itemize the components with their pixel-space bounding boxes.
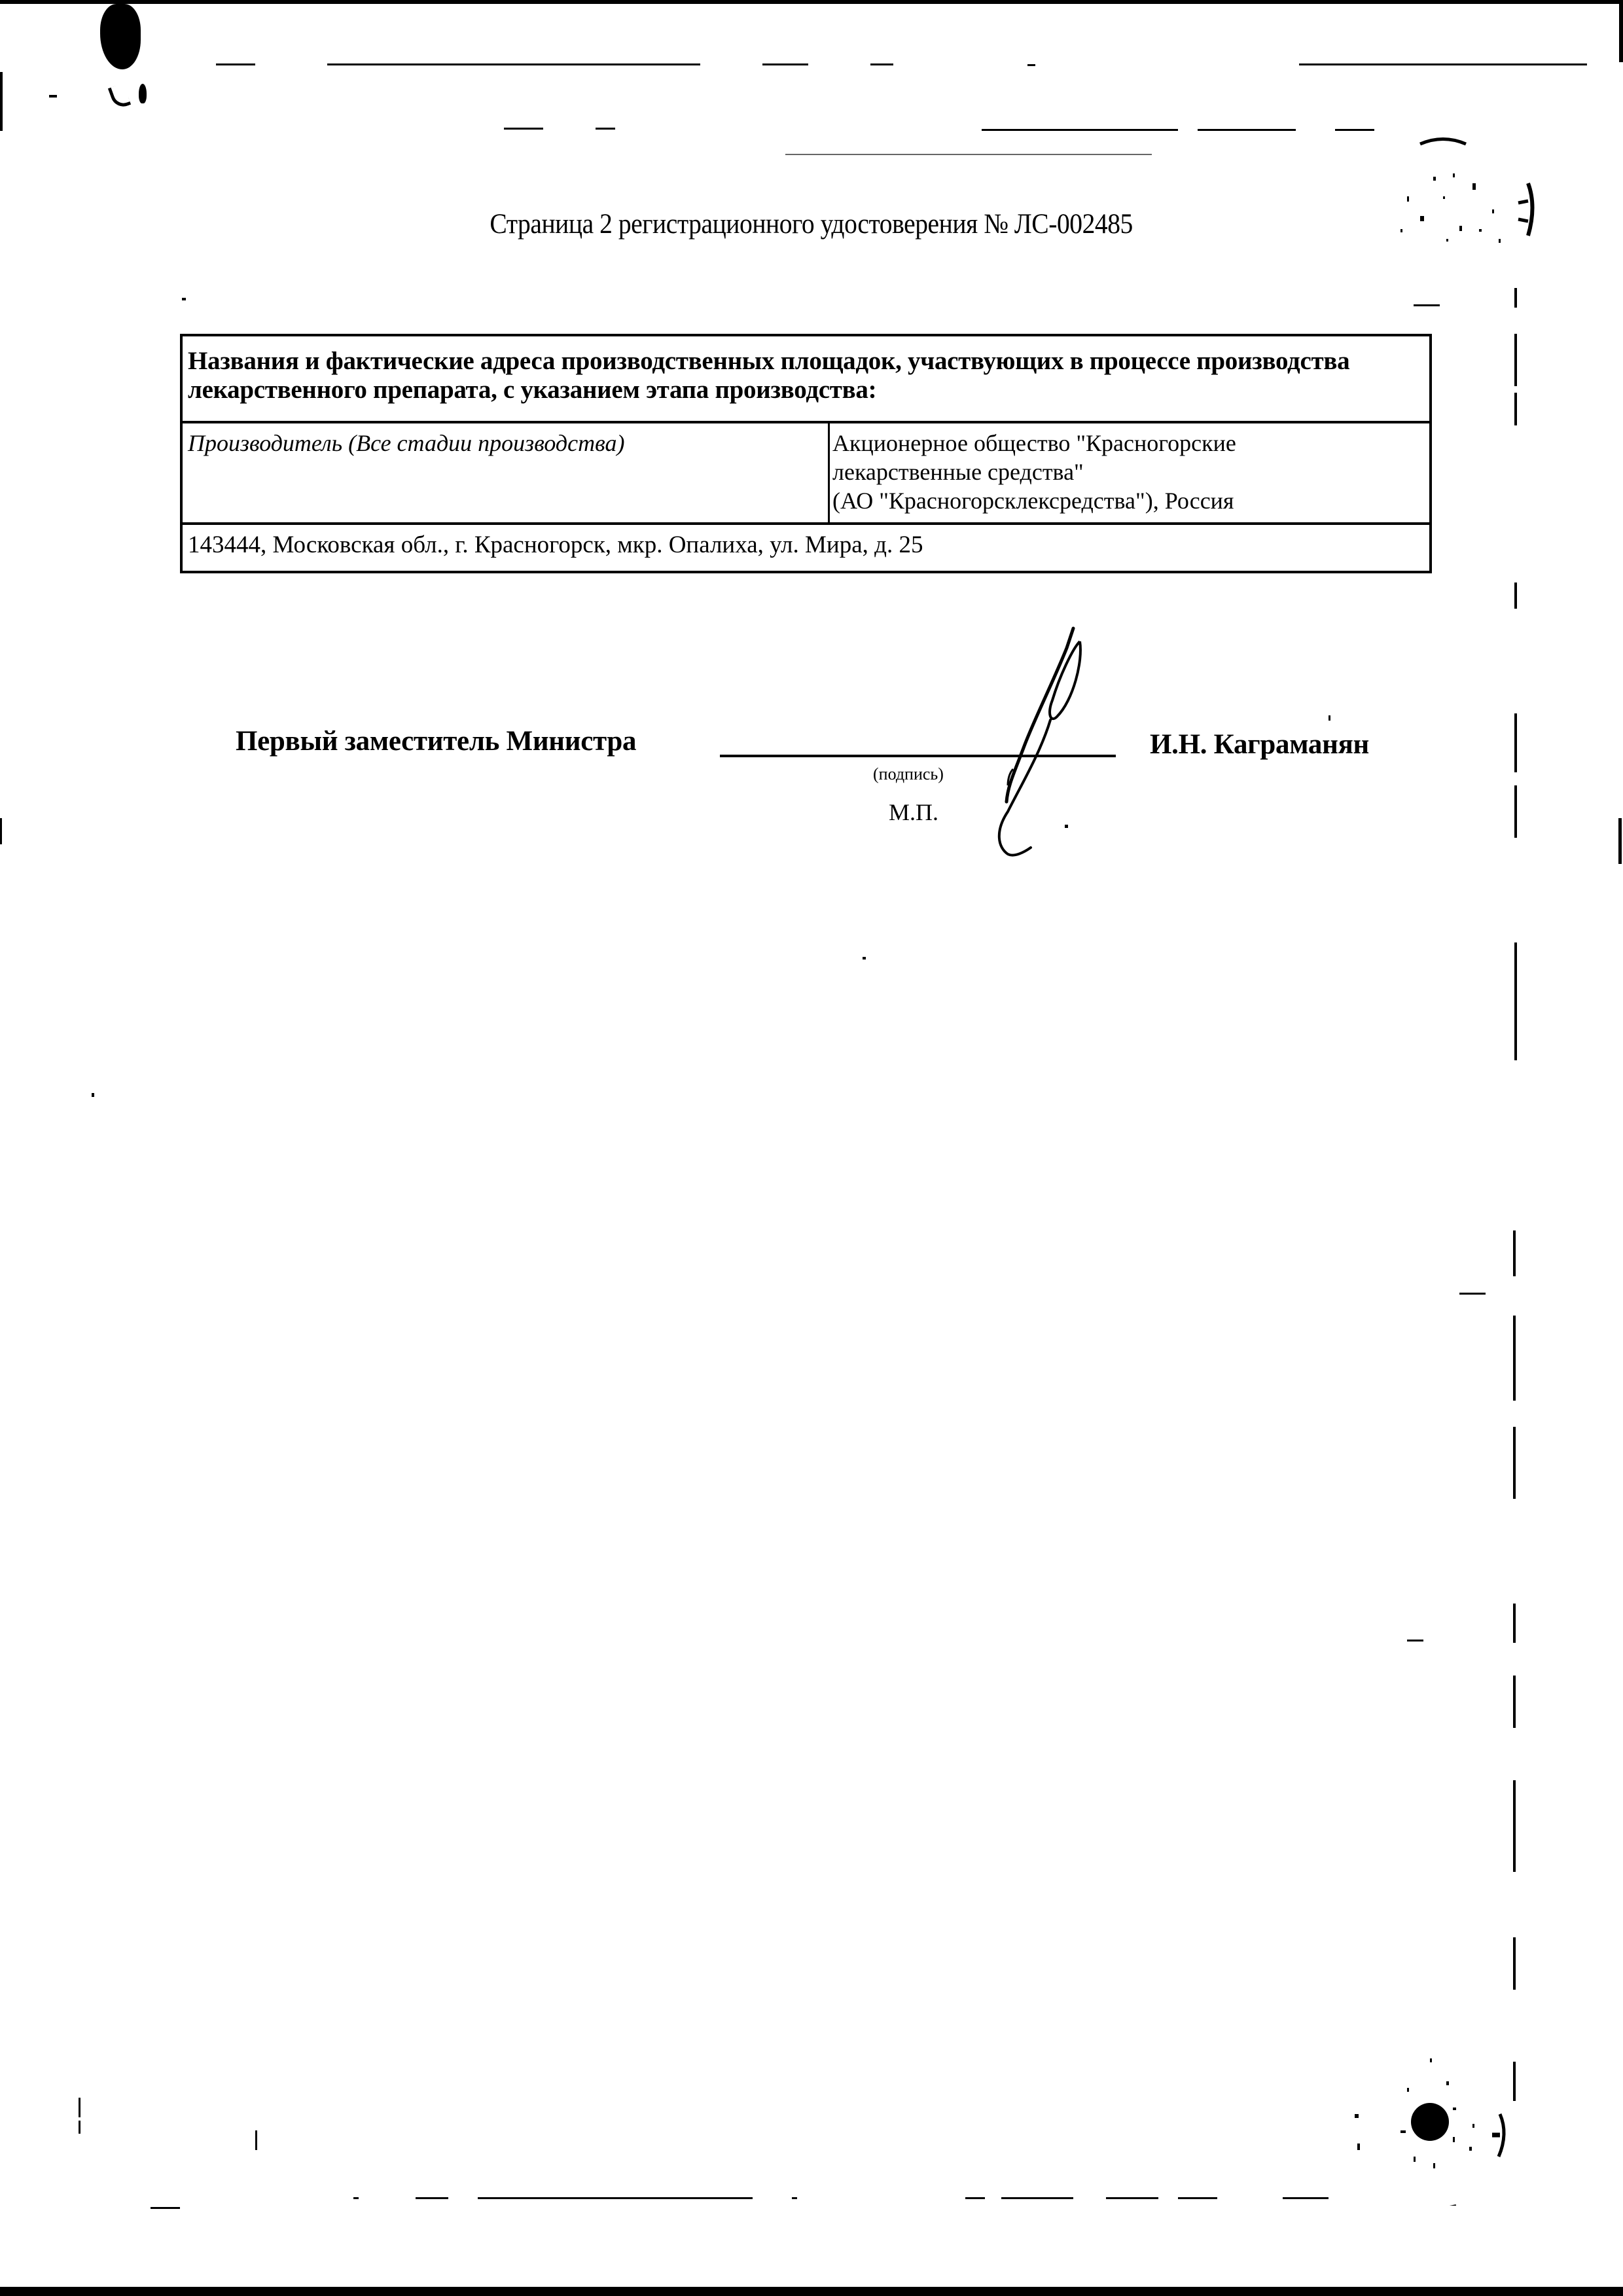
scan-dash (1459, 1293, 1486, 1295)
scan-dash (1407, 1640, 1423, 1641)
scan-margin-dash (1514, 583, 1517, 609)
scan-margin-dash (1514, 334, 1517, 386)
scan-margin-dash (1514, 713, 1517, 772)
scan-edge-top (0, 0, 1623, 4)
scan-dash (151, 2207, 180, 2209)
scan-dash (785, 154, 1152, 155)
scan-dash (870, 63, 893, 65)
scan-dash (353, 2197, 359, 2199)
scan-dash (596, 128, 615, 130)
ink-mark-artifact (108, 83, 131, 110)
manufacturer-organization-cell: Акционерное общество "Красногорские лека… (830, 423, 1429, 522)
organization-line: (АО "Красногорсклексредства"), Россия (832, 486, 1427, 515)
page-title: Страница 2 регистрационного удостоверени… (65, 208, 1558, 240)
scan-edge-right-mark (1618, 818, 1622, 864)
table-row: Производитель (Все стадии производства) … (183, 423, 1429, 525)
scan-dash (1198, 129, 1296, 131)
scan-dash (416, 2197, 448, 2199)
signatory-name: И.Н. Каграманян (1150, 728, 1369, 761)
scan-margin-dash (79, 2098, 80, 2117)
site-address-cell: 143444, Московская обл., г. Красногорск,… (183, 525, 1429, 571)
scan-dot (92, 1093, 94, 1097)
scan-dash (1414, 304, 1440, 306)
scan-dash (1178, 2197, 1217, 2199)
scan-dash (792, 2197, 797, 2199)
stamp-label: М.П. (889, 798, 938, 826)
scan-margin-dash (1513, 1676, 1516, 1728)
scan-dot (1065, 825, 1068, 828)
scan-dot (1329, 715, 1330, 721)
scan-margin-dash (1513, 1604, 1516, 1643)
scan-dash (1299, 63, 1587, 65)
table-header: Названия и фактические адреса производст… (183, 336, 1429, 423)
scan-edge-left-mark (0, 818, 2, 844)
organization-line: лекарственные средства" (832, 457, 1427, 486)
scan-margin-dash (1513, 1230, 1516, 1276)
seal-stamp-bottom (1335, 2016, 1525, 2206)
scan-margin-dash (255, 2130, 257, 2150)
scan-margin-dash (1513, 1427, 1516, 1499)
scan-dash (965, 2197, 985, 2199)
scan-dash (1001, 2197, 1073, 2199)
manufacturer-role-cell: Производитель (Все стадии производства) (183, 423, 830, 522)
scan-dot (182, 298, 186, 300)
scan-dash (1335, 129, 1374, 131)
scan-margin-dash (1513, 1937, 1516, 1990)
scan-dot (863, 957, 866, 960)
signatory-position: Первый заместитель Министра (236, 725, 636, 757)
scan-margin-dash (1513, 1780, 1516, 1872)
scan-margin-dash (1514, 393, 1517, 425)
scan-margin-dash (1514, 942, 1517, 1060)
scan-dash (478, 2197, 753, 2199)
scan-edge-bottom (0, 2287, 1623, 2296)
scan-margin-dash (1514, 785, 1517, 838)
scan-dash (216, 63, 255, 65)
scan-dash (982, 129, 1178, 131)
scan-margin-dash (79, 2121, 80, 2134)
document-page: Страница 2 регистрационного удостоверени… (0, 0, 1623, 2296)
ink-blot-artifact (100, 4, 141, 69)
ink-mark-artifact (139, 84, 147, 103)
scan-dash (762, 63, 808, 65)
handwritten-signature (942, 622, 1099, 857)
scan-dash (504, 128, 543, 130)
scan-dash (1283, 2197, 1329, 2199)
scan-dot (49, 95, 57, 98)
scan-edge-right (1619, 0, 1623, 62)
seal-stamp-top (1381, 105, 1538, 275)
scan-dash (1027, 64, 1035, 66)
scan-margin-dash (1514, 288, 1517, 308)
scan-edge-left (0, 72, 3, 131)
scan-margin-dash (1513, 1316, 1516, 1401)
signature-caption: (подпись) (873, 764, 944, 784)
production-sites-table: Названия и фактические адреса производст… (180, 334, 1432, 573)
organization-line: Акционерное общество "Красногорские (832, 429, 1427, 457)
scan-dash (327, 63, 700, 65)
scan-dash (1106, 2197, 1158, 2199)
